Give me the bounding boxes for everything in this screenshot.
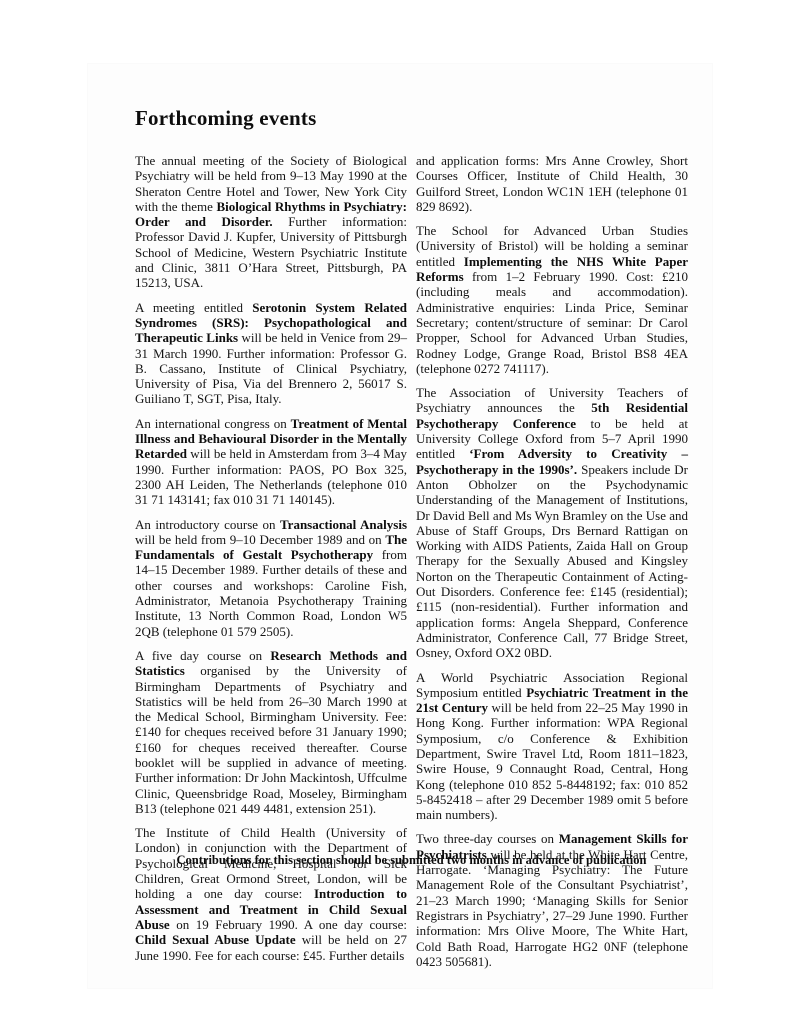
event-paragraph: An introductory course on Transactional …	[135, 517, 407, 639]
text-run: from 1–2 February 1990. Cost: £210 (incl…	[416, 269, 688, 376]
text-run: A five day course on	[135, 648, 270, 663]
event-title-run: Child Sexual Abuse Update	[135, 932, 296, 947]
text-run: Two three-day courses on	[416, 831, 559, 846]
page-title: Forthcoming events	[135, 106, 688, 131]
event-paragraph: and application forms: Mrs Anne Crowley,…	[416, 153, 688, 214]
event-paragraph: A meeting entitled Serotonin System Rela…	[135, 300, 407, 407]
event-paragraph: The Association of University Teachers o…	[416, 385, 688, 660]
event-paragraph: A World Psychiatric Association Regional…	[416, 670, 688, 823]
event-paragraph: The annual meeting of the Society of Bio…	[135, 153, 407, 291]
screenshot-canvas: Forthcoming events The annual meeting of…	[0, 0, 800, 1036]
text-run: will be held from 22–25 May 1990 in Hong…	[416, 700, 688, 822]
text-run: will be held from 9–10 December 1989 and…	[135, 532, 385, 547]
event-paragraph: The School for Advanced Urban Studies (U…	[416, 223, 688, 376]
text-run: organised by the University of Birmingha…	[135, 663, 407, 816]
document-page: Forthcoming events The annual meeting of…	[88, 64, 712, 988]
page-content: Forthcoming events The annual meeting of…	[135, 106, 688, 978]
text-run: Speakers include Dr Anton Obholzer on th…	[416, 462, 688, 661]
text-run: An international congress on	[135, 416, 291, 431]
text-run: An introductory course on	[135, 517, 280, 532]
event-paragraph: A five day course on Research Methods an…	[135, 648, 407, 816]
event-title-run: Transactional Analysis	[280, 517, 407, 532]
footer-note: Contributions for this section should be…	[135, 853, 688, 868]
text-run: A meeting entitled	[135, 300, 252, 315]
event-paragraph: The Institute of Child Health (Universit…	[135, 825, 407, 963]
text-run: on 19 February 1990. A one day course:	[170, 917, 407, 932]
text-run: and application forms: Mrs Anne Crowley,…	[416, 153, 688, 214]
event-paragraph: An international congress on Treatment o…	[135, 416, 407, 508]
